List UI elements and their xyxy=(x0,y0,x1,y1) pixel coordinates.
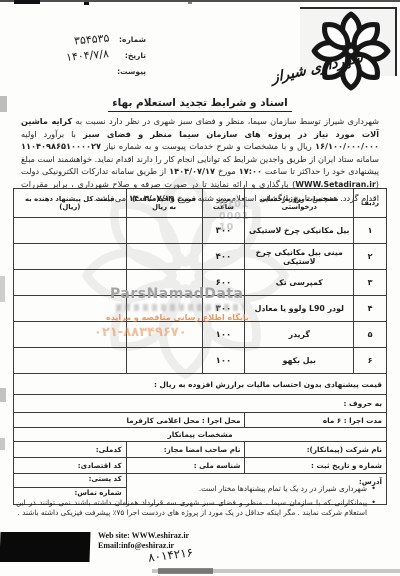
cell-total xyxy=(14,218,127,244)
cell-desc: گریدر xyxy=(245,322,354,348)
scan-artifact-edge xyxy=(0,388,6,402)
municipality-logo: شهرداری شیراز xyxy=(275,0,400,105)
scan-artifact-strip-dark xyxy=(158,568,213,574)
date-row: تاریخ: ۱۴۰۴/۷/۸ xyxy=(16,47,146,63)
contractor-section-header: مشخصات پیمانکار xyxy=(14,428,387,442)
intro-segment: ۱۱۰۴۰۹۸۶۵۱۰۰۰۰۲۷ xyxy=(21,141,101,151)
cell-hours: ۱۰۰ xyxy=(202,348,245,374)
date-value: ۱۴۰۴/۷/۸ xyxy=(66,47,110,64)
cell-no: ۳ xyxy=(354,270,387,296)
cell-desc: لودر L90 ولوو یا معادل xyxy=(245,296,354,322)
table-row: ۲مینی بیل مکانیکی چرخ لاستیکی۴۰۰ xyxy=(14,244,387,270)
watermark-blurred-line xyxy=(116,304,244,311)
attachment-label: پیوست: xyxy=(116,67,146,76)
scan-artifact-dot xyxy=(84,2,89,5)
watermark-orange-line: پایگاه اطلاع رسانی مناقصه و مزایده xyxy=(106,313,249,322)
watermark-phone: ۰۲۱-۸۸۳۴۹۶۷۰ xyxy=(94,325,187,340)
number-label: شماره: xyxy=(116,35,146,44)
cell-no: ۶ xyxy=(354,348,387,374)
cell-unit xyxy=(126,348,202,374)
duration-cell: مدت اجرا : ۶ ماه xyxy=(245,413,387,428)
notes-list: شهرداری شیراز در رد یک یا تمام پیشنهادها… xyxy=(16,484,376,522)
scan-artifact-edge xyxy=(0,276,5,302)
document-title: اسناد و شرایط تجدید استعلام بهاء xyxy=(108,97,292,112)
note-item: پیمانکارانی که با سازمان سیما ، منظر و ف… xyxy=(16,498,376,519)
watermark-brand-text: ParsNamadData xyxy=(110,286,244,302)
cell-desc: بیل مکانیکی چرخ لاستیکی xyxy=(245,218,354,244)
column-header: ردیف xyxy=(354,189,387,218)
intro-segment: ۱۶/۱۰۰/۰۰۰/۰۰۰ xyxy=(315,141,379,151)
cell-desc: کمپرسی تک xyxy=(245,270,354,296)
table-row: ۵گریدر۱۰۰ xyxy=(14,322,387,348)
company-national-id-cell: شناسه ملی : xyxy=(126,458,245,474)
price-no-vat-label: قیمت پیشنهادی بدون احتساب مالیات برارزش … xyxy=(14,374,387,395)
cell-unit xyxy=(126,218,202,244)
date-label: تاریخ: xyxy=(116,51,146,60)
table-row: ۱بیل مکانیکی چرخ لاستیکی۳۰۰ xyxy=(14,218,387,244)
cell-no: ۱ xyxy=(354,218,387,244)
column-header: قیمت واحد(ساعت) به ریال xyxy=(126,189,202,218)
intro-segment: با برآورد اولیه xyxy=(21,129,76,139)
cell-desc: مینی بیل مکانیکی چرخ لاستیکی xyxy=(245,244,354,270)
in-words-row: به حروف : xyxy=(14,395,387,413)
scan-artifact-dot xyxy=(188,2,192,4)
location-cell: محل اجرا : محل اعلامی کارفرما xyxy=(14,413,245,428)
cell-hours: ۳۰۰ xyxy=(202,218,245,244)
intro-segment: ریال و با مشخصات و شرح خدمات پیوست و به … xyxy=(101,141,315,151)
cell-unit xyxy=(126,244,202,270)
column-header: مشخصات پروژه/خدمات درخواستی xyxy=(245,189,354,218)
economic-code-cell: کد اقتصادی: xyxy=(14,458,127,474)
price-table-head-row: ردیفمشخصات پروژه/خدمات درخواستیمدت ساعتق… xyxy=(14,189,387,218)
column-header: قیمت کل پیشنهاد دهنده به (ریال) xyxy=(14,189,127,218)
reference-block: شماره: ۳۵۴۵۳۵ تاریخ: ۱۴۰۴/۷/۸ پیوست: xyxy=(16,31,146,79)
scan-artifact-blob xyxy=(14,0,40,4)
signatory-cell: نام صاحب امضا مجاز: xyxy=(126,442,245,458)
duration-location-row: مدت اجرا : ۶ ماه محل اجرا : محل اعلامی ک… xyxy=(14,413,387,428)
note-item: شهرداری شیراز در رد یک یا تمام پیشنهادها… xyxy=(16,484,376,495)
attachment-row: پیوست: xyxy=(16,63,146,79)
cell-hours: ۴۰۰ xyxy=(202,244,245,270)
cell-desc: بیل بکهو xyxy=(245,348,354,374)
scan-artifact-edge xyxy=(0,438,5,450)
price-table: ردیفمشخصات پروژه/خدمات درخواستیمدت ساعتق… xyxy=(13,188,387,505)
price-no-vat-row: قیمت پیشنهادی بدون احتساب مالیات برارزش … xyxy=(14,374,387,395)
website-text: Web site: WWW.eshiraz.ir xyxy=(98,531,189,541)
title-wrap: اسناد و شرایط تجدید استعلام بهاء xyxy=(0,97,400,109)
cell-total xyxy=(14,244,127,270)
table-row: ۶بیل بکهو۱۰۰ xyxy=(14,348,387,374)
cell-no: ۴ xyxy=(354,296,387,322)
redaction-block xyxy=(0,532,91,562)
in-words-label: به حروف : xyxy=(14,395,387,413)
intro-segment: شهرداری شیراز توسط سازمان سیما، منظر و ف… xyxy=(72,116,379,126)
cell-total xyxy=(14,348,127,374)
number-value: ۳۵۴۵۳۵ xyxy=(73,31,109,47)
cell-hours: ۱۰۰ xyxy=(202,322,245,348)
cell-no: ۵ xyxy=(354,322,387,348)
number-row: شماره: ۳۵۴۵۳۵ xyxy=(16,31,146,47)
company-name-cell: نام شرکت (پیمانکار): xyxy=(245,442,387,458)
scanned-inquiry-document: 0101 0001 10 شهرداری شیراز شماره: ۳۵۴۵۳۵… xyxy=(0,0,400,576)
cell-no: ۲ xyxy=(354,244,387,270)
registration-cell: شماره و تاریخ ثبت : xyxy=(245,458,387,474)
national-id-cell: کدملی: xyxy=(14,442,127,458)
registration-row: شماره و تاریخ ثبت : شناسه ملی : کد اقتصا… xyxy=(14,458,387,474)
contractor-header-row: مشخصات پیمانکار xyxy=(14,428,387,442)
column-header: مدت ساعت xyxy=(202,189,245,218)
company-row: نام شرکت (پیمانکار): نام صاحب امضا مجاز:… xyxy=(14,442,387,458)
